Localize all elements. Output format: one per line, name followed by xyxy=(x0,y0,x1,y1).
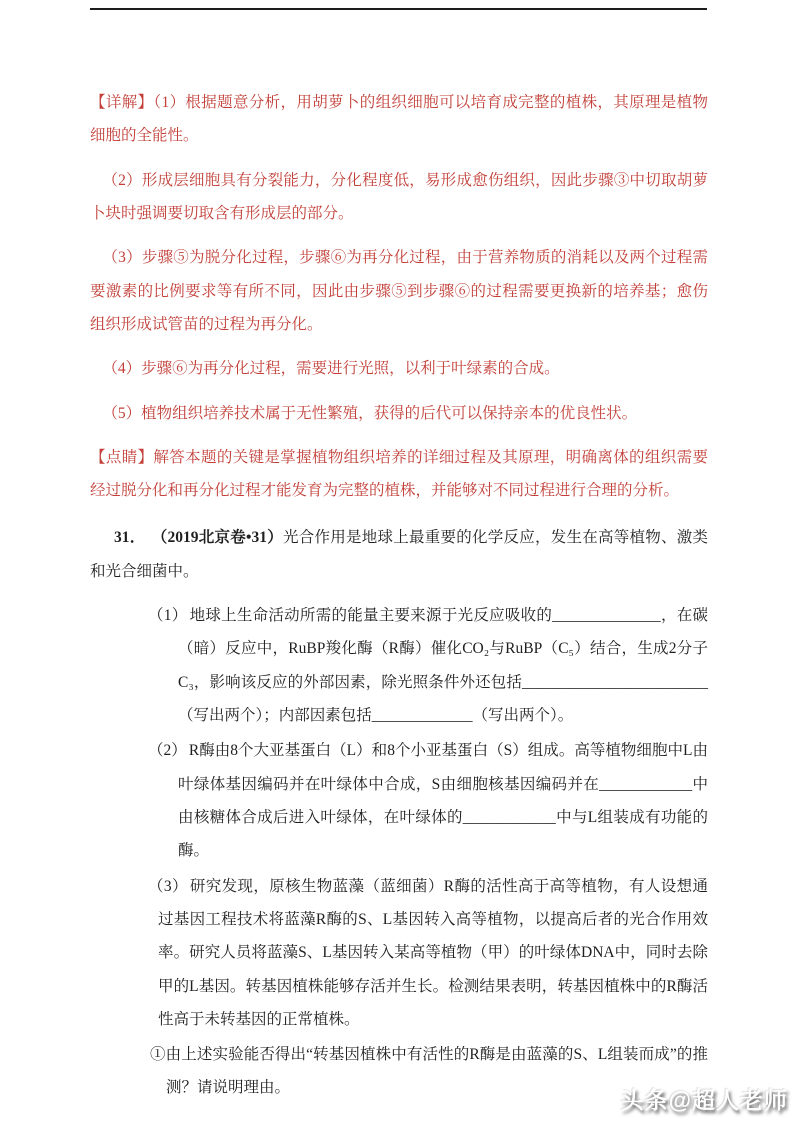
sub-question-3: （3）研究发现，原核生物蓝藻（蓝细菌）R酶的活性高于高等植物，有人设想通过基因工… xyxy=(148,870,708,1037)
question-section: 31．（2019北京卷•31）光合作用是地球上最重要的化学反应，发生在高等植物、… xyxy=(90,521,708,1104)
detail-paragraph-2: （2）形成层细胞具有分裂能力，分化程度低，易形成愈伤组织，因此步骤③中切取胡萝卜… xyxy=(90,164,708,231)
question-source: （2019北京卷•31） xyxy=(160,529,283,546)
explanation-section: 【详解】（1）根据题意分析，用胡萝卜的组织细胞可以培育成完整的植株，其原理是植物… xyxy=(90,86,708,507)
detail-text-1: （1）根据题意分析，用胡萝卜的组织细胞可以培育成完整的植株，其原理是植物细胞的全… xyxy=(90,94,708,144)
detail-label: 【详解】 xyxy=(90,94,153,111)
document-content: 【详解】（1）根据题意分析，用胡萝卜的组织细胞可以培育成完整的植株，其原理是植物… xyxy=(90,86,708,1107)
detail-paragraph-4: （4）步骤⑥为再分化过程，需要进行光照，以利于叶绿素的合成。 xyxy=(90,352,708,385)
sub-question-1-text: 地球上生命活动所需的能量主要来源于光反应吸收的______________，在碳… xyxy=(178,607,708,724)
sub-question-3-marker: （3） xyxy=(148,878,188,895)
question-number: 31． xyxy=(114,529,146,546)
header-rule xyxy=(90,8,707,10)
sub-item-circled-1-marker: ① xyxy=(150,1046,166,1063)
detail-paragraph-3: （3）步骤⑤为脱分化过程，步骤⑥为再分化过程，由于营养物质的消耗以及两个过程需要… xyxy=(90,241,708,341)
sub-question-1: （1）地球上生命活动所需的能量主要来源于光反应吸收的______________… xyxy=(148,599,708,732)
highlight-label: 【点睛】 xyxy=(90,449,153,466)
sub-question-3-text: 研究发现，原核生物蓝藻（蓝细菌）R酶的活性高于高等植物，有人设想通过基因工程技术… xyxy=(158,878,708,1028)
sub-question-1-marker: （1） xyxy=(148,607,188,624)
highlight-text: 解答本题的关键是掌握植物组织培养的详细过程及其原理，明确离体的组织需要经过脱分化… xyxy=(90,449,708,499)
sub-question-2: （2）R酶由8个大亚基蛋白（L）和8个小亚基蛋白（S）组成。高等植物细胞中L由叶… xyxy=(148,734,708,867)
detail-paragraph-1: 【详解】（1）根据题意分析，用胡萝卜的组织细胞可以培育成完整的植株，其原理是植物… xyxy=(90,86,708,153)
sub-question-2-marker: （2） xyxy=(148,742,187,759)
highlight-paragraph: 【点睛】解答本题的关键是掌握植物组织培养的详细过程及其原理，明确离体的组织需要经… xyxy=(90,441,708,508)
detail-paragraph-5: （5）植物组织培养技术属于无性繁殖，获得的后代可以保持亲本的优良性状。 xyxy=(90,397,708,430)
document-page: 【详解】（1）根据题意分析，用胡萝卜的组织细胞可以培育成完整的植株，其原理是植物… xyxy=(0,0,794,1123)
watermark: 头条@超人老师 xyxy=(621,1082,788,1115)
question-intro: 31．（2019北京卷•31）光合作用是地球上最重要的化学反应，发生在高等植物、… xyxy=(90,521,708,588)
sub-question-2-text: R酶由8个大亚基蛋白（L）和8个小亚基蛋白（S）组成。高等植物细胞中L由叶绿体基… xyxy=(178,742,708,859)
